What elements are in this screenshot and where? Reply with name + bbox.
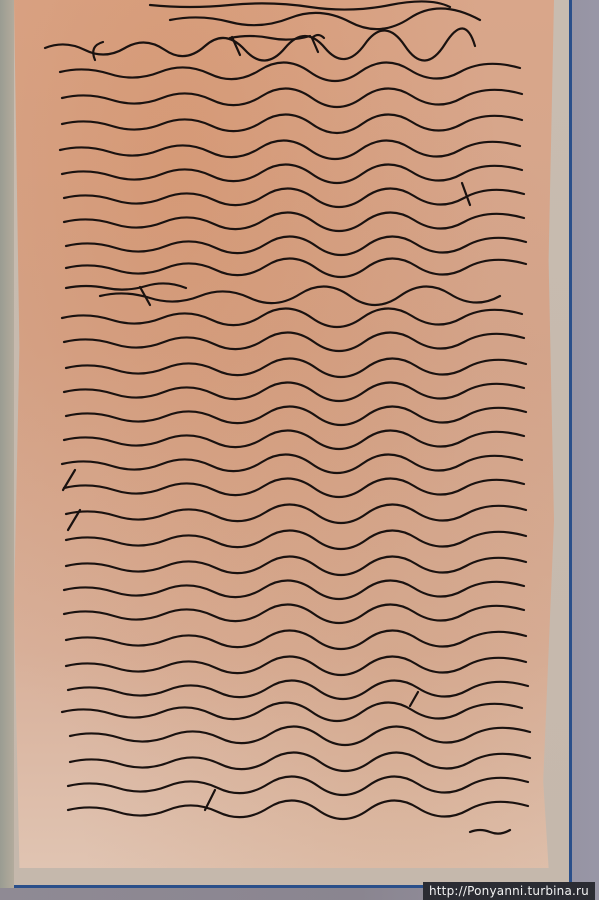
handwritten-text (0, 0, 599, 900)
watermark: http://Ponyanni.turbina.ru (423, 882, 595, 900)
